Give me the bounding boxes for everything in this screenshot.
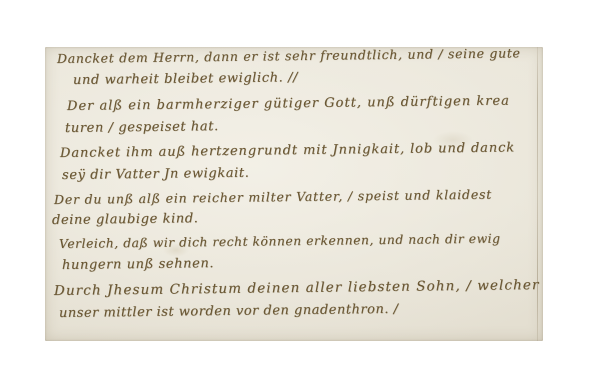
manuscript-line-4: turen / gespeiset hat.: [65, 120, 219, 135]
page-crease-line: [537, 47, 538, 341]
manuscript-line-2: und warheit bleibet ewiglich. //: [73, 71, 298, 87]
manuscript-line-9: Verleich, daß wir dich recht können erke…: [59, 233, 501, 251]
manuscript-line-5: Dancket ihm auß hertzengrundt mit Jnnigk…: [60, 141, 515, 160]
manuscript-line-6: seÿ dir Vatter Jn ewigkait.: [62, 167, 250, 182]
manuscript-line-12: unser mittler ist worden vor den gnadent…: [59, 303, 399, 320]
scan-background: Dancket dem Herrn, dann er ist sehr freu…: [0, 0, 591, 384]
manuscript-line-1: Dancket dem Herrn, dann er ist sehr freu…: [57, 47, 521, 65]
manuscript-page: Dancket dem Herrn, dann er ist sehr freu…: [45, 47, 543, 341]
manuscript-line-8: deine glaubige kind.: [52, 212, 199, 227]
manuscript-line-7: Der du unß alß ein reicher milter Vatter…: [54, 189, 492, 207]
manuscript-line-10: hungern unß sehnen.: [62, 257, 214, 272]
manuscript-line-3: Der alß ein barmherziger gütiger Gott, u…: [67, 95, 510, 113]
manuscript-line-11: Durch Jhesum Christum deinen aller liebs…: [54, 279, 540, 298]
